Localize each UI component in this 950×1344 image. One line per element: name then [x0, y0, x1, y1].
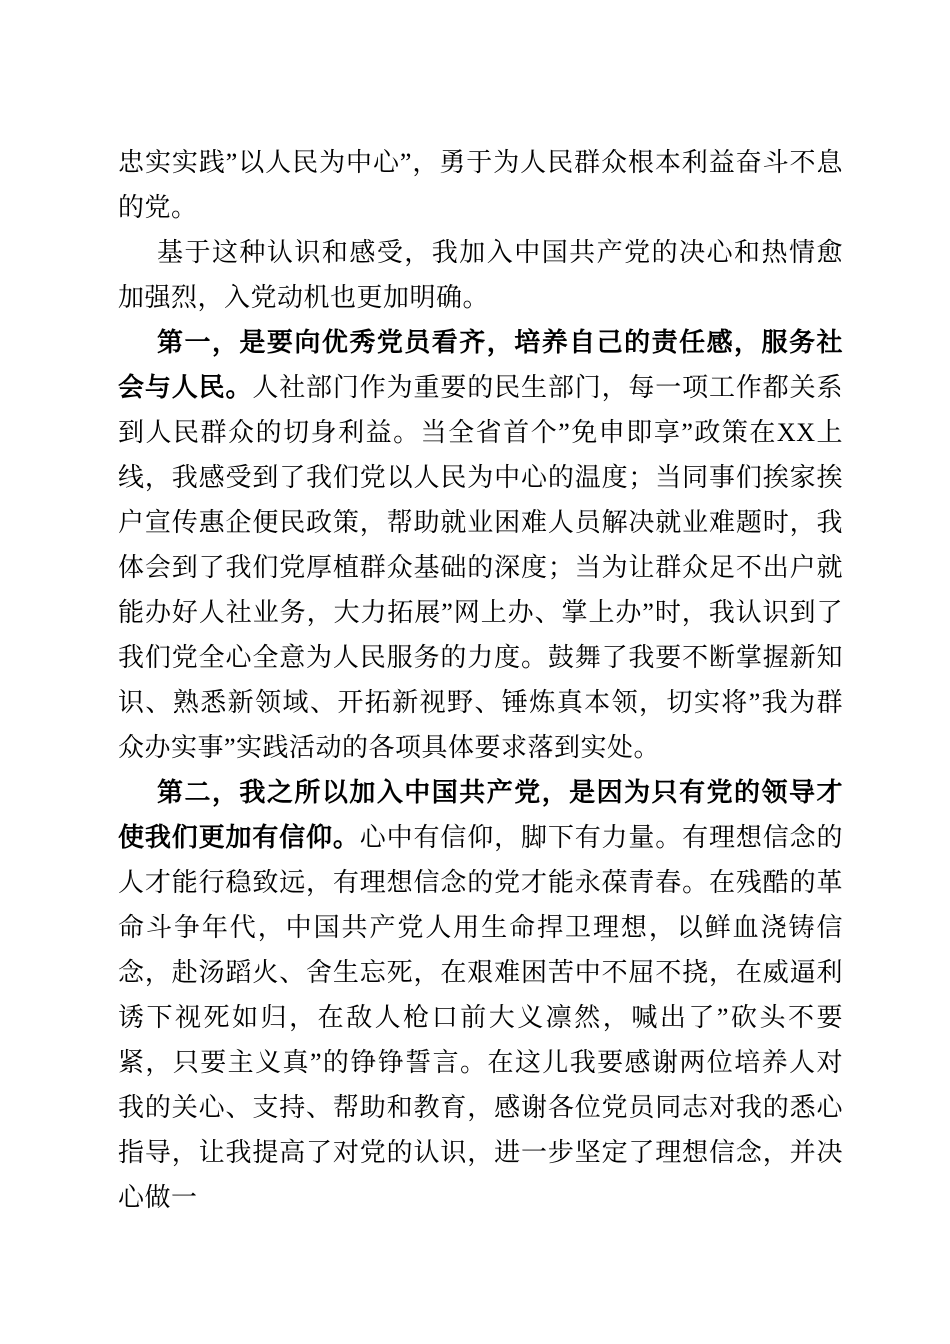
document-text-block: 忠实实践”以人民为中心”，勇于为人民群众根本利益奋斗不息的党。 基于这种认识和感… [118, 140, 843, 1220]
paragraph-first-point: 第一，是要向优秀党员看齐，培养自己的责任感，服务社会与人民。人社部门作为重要的民… [118, 320, 843, 770]
paragraph-continuation: 忠实实践”以人民为中心”，勇于为人民群众根本利益奋斗不息的党。 [118, 140, 843, 230]
paragraph-second-point: 第二，我之所以加入中国共产党，是因为只有党的领导才使我们更加有信仰。心中有信仰，… [118, 770, 843, 1220]
paragraph-text: 基于这种认识和感受，我加入中国共产党的决心和热情愈加强烈，入党动机也更加明确。 [118, 238, 843, 312]
paragraph-text: 忠实实践”以人民为中心”，勇于为人民群众根本利益奋斗不息的党。 [118, 148, 843, 222]
document-page: 忠实实践”以人民为中心”，勇于为人民群众根本利益奋斗不息的党。 基于这种认识和感… [0, 0, 950, 1344]
paragraph: 基于这种认识和感受，我加入中国共产党的决心和热情愈加强烈，入党动机也更加明确。 [118, 230, 843, 320]
paragraph-text: 人社部门作为重要的民生部门，每一项工作都关系到人民群众的切身利益。当全省首个”免… [118, 373, 843, 762]
paragraph-text: 心中有信仰，脚下有力量。有理想信念的人才能行稳致远，有理想信念的党才能永葆青春。… [118, 823, 843, 1212]
